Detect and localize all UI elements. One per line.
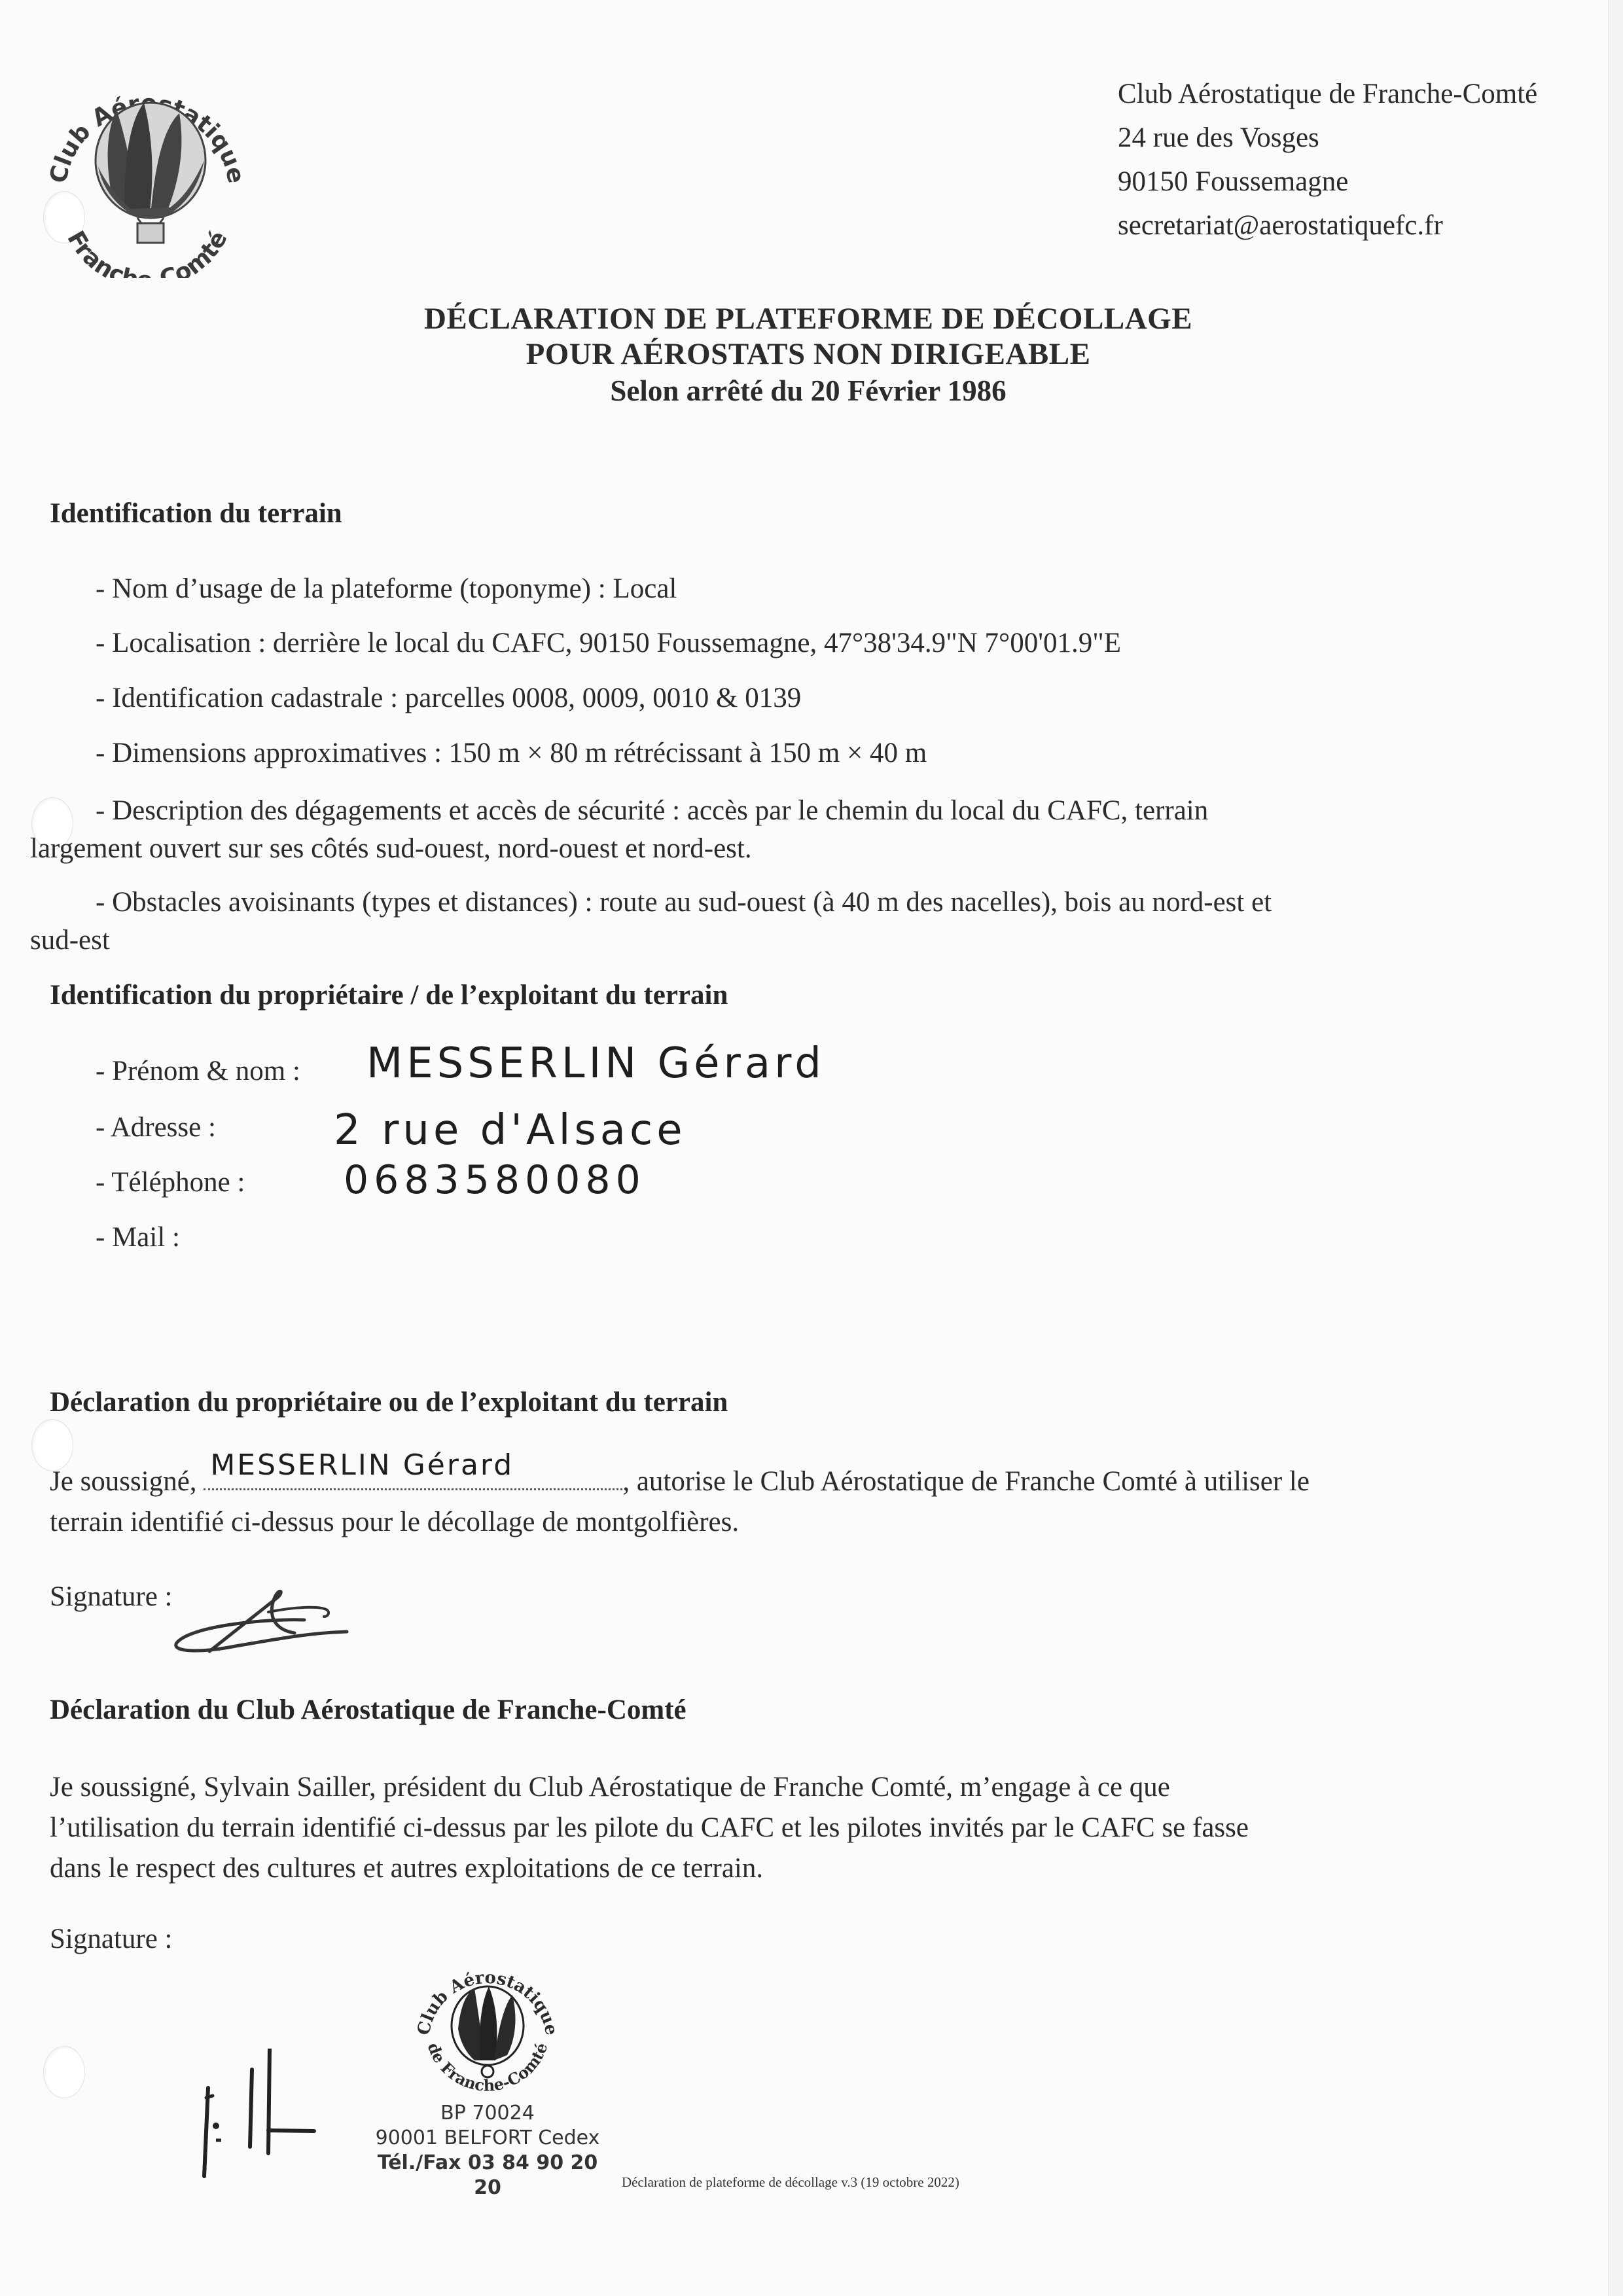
description-line-1: - Description des dégagements et accès d… <box>30 792 1404 830</box>
terrain-item-dimensions: - Dimensions approximatives : 150 m × 80… <box>96 737 927 769</box>
terrain-item-cadastre: - Identification cadastrale : parcelles … <box>96 682 801 714</box>
section-heading-club-declaration: Déclaration du Club Aérostatique de Fran… <box>50 1694 687 1726</box>
org-city: 90150 Foussemagne <box>1118 160 1537 204</box>
terrain-item-description: - Description des dégagements et accès d… <box>30 792 1404 868</box>
club-signature-icon[interactable] <box>196 2049 327 2193</box>
club-declaration-line-1: Je soussigné, Sylvain Sailler, président… <box>50 1767 1424 1808</box>
section-heading-owner-declaration: Déclaration du propriétaire ou de l’expl… <box>50 1386 728 1418</box>
owner-declaration-name-value: MESSERLIN Gérard <box>210 1445 514 1486</box>
owner-field-phone-label: - Téléphone : <box>96 1166 245 1198</box>
title-line-2: POUR AÉROSTATS NON DIRIGEABLE <box>0 336 1616 372</box>
punch-hole <box>43 2046 85 2098</box>
club-declaration-line-2: l’utilisation du terrain identifié ci-de… <box>50 1808 1424 1848</box>
owner-field-phone-value[interactable]: 0683580080 <box>344 1157 646 1203</box>
section-heading-terrain: Identification du terrain <box>50 497 342 529</box>
obstacles-line-1: - Obstacles avoisinants (types et distan… <box>30 884 1404 922</box>
owner-field-name-label: - Prénom & nom : <box>96 1055 300 1087</box>
owner-field-address-label: - Adresse : <box>96 1111 216 1143</box>
terrain-item-name: - Nom d’usage de la plateforme (toponyme… <box>96 573 677 605</box>
terrain-item-location: - Localisation : derrière le local du CA… <box>96 627 1121 659</box>
section-heading-owner: Identification du propriétaire / de l’ex… <box>50 979 728 1011</box>
owner-signature-label: Signature : <box>50 1581 173 1613</box>
description-line-2: largement ouvert sur ses côtés sud-ouest… <box>30 830 1404 868</box>
owner-declaration-line-2: terrain identifié ci-dessus pour le déco… <box>50 1502 1424 1543</box>
org-name: Club Aérostatique de Franche-Comté <box>1118 72 1537 116</box>
owner-field-address-value[interactable]: 2 rue d'Alsace <box>334 1106 687 1155</box>
title-line-1: DÉCLARATION DE PLATEFORME DE DÉCOLLAGE <box>0 301 1616 336</box>
stamp-city: 90001 BELFORT Cedex <box>370 2126 605 2151</box>
org-address: Club Aérostatique de Franche-Comté 24 ru… <box>1118 72 1537 247</box>
club-declaration-line-3: dans le respect des cultures et autres e… <box>50 1848 1424 1889</box>
stamp-po-box: BP 70024 <box>370 2101 605 2126</box>
owner-declaration-suffix: , autorise le Club Aérostatique de Franc… <box>622 1466 1310 1497</box>
footer-version-note: Déclaration de plateforme de décollage v… <box>622 2174 959 2191</box>
owner-declaration-prefix: Je soussigné, <box>50 1466 197 1497</box>
club-stamp: Club Aérostatique de Franche-Comté BP 70… <box>370 1957 605 2200</box>
org-street: 24 rue des Vosges <box>1118 116 1537 160</box>
owner-declaration-name-field[interactable]: MESSERLIN Gérard <box>204 1460 622 1490</box>
owner-signature-icon[interactable] <box>164 1581 360 1659</box>
club-declaration-text: Je soussigné, Sylvain Sailler, président… <box>50 1767 1424 1889</box>
owner-field-mail-label: - Mail : <box>96 1221 180 1253</box>
org-email[interactable]: secretariat@aerostatiquefc.fr <box>1118 204 1537 247</box>
owner-declaration-text: Je soussigné, MESSERLIN Gérard , autoris… <box>50 1460 1424 1543</box>
club-logo: Club Aérostatique Franche-Comté <box>39 62 255 278</box>
owner-field-name-value[interactable]: MESSERLIN Gérard <box>366 1039 825 1088</box>
stamp-phone: Tél./Fax 03 84 90 20 20 <box>370 2151 605 2200</box>
balloon-logo-icon: Club Aérostatique Franche-Comté <box>39 62 255 278</box>
balloon-stamp-icon: Club Aérostatique de Franche-Comté <box>409 1957 566 2101</box>
obstacles-line-2: sud-est <box>30 922 1404 960</box>
terrain-item-obstacles: - Obstacles avoisinants (types et distan… <box>30 884 1404 960</box>
document-title: DÉCLARATION DE PLATEFORME DE DÉCOLLAGE P… <box>0 301 1616 410</box>
club-signature-label: Signature : <box>50 1923 173 1955</box>
title-line-3: Selon arrêté du 20 Février 1986 <box>0 372 1616 410</box>
